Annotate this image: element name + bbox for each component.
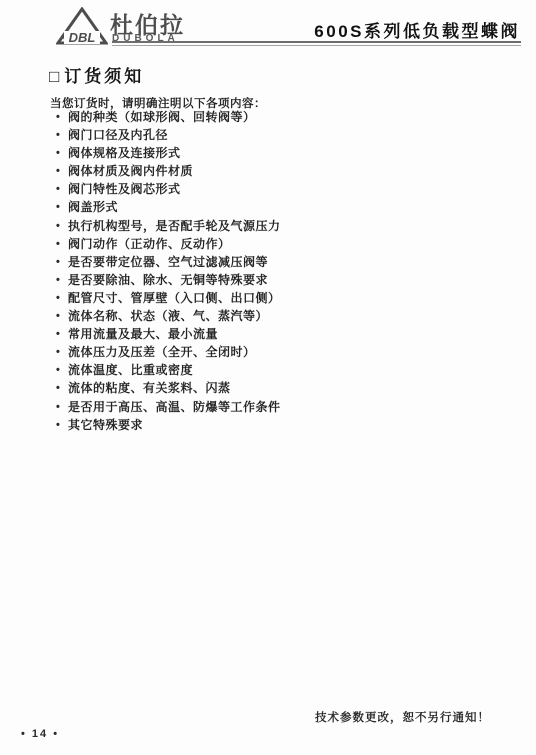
list-item: •阀盖形式 [56,198,281,216]
bullet-icon: • [56,217,68,235]
list-item-text: 是否用于高压、高温、防爆等工作条件 [68,400,281,414]
bullet-icon: • [56,126,68,144]
section-heading: □订货须知 [49,62,144,87]
bullet-icon: • [56,108,68,126]
order-notes-list: •阀的种类（如球形阀、回转阀等） •阀门口径及内孔径 •阀体规格及连接形式 •阀… [56,108,281,434]
page-number: • 14 • [21,728,59,740]
list-item: •阀的种类（如球形阀、回转阀等） [56,108,281,126]
list-item-text: 阀盖形式 [68,200,118,214]
list-item: •执行机构型号，是否配手轮及气源压力 [56,217,281,235]
list-item-text: 执行机构型号，是否配手轮及气源压力 [68,219,281,233]
list-item-text: 常用流量及最大、最小流量 [68,327,218,341]
bullet-icon: • [56,325,68,343]
list-item: •阀门口径及内孔径 [56,126,281,144]
list-item: •配管尺寸、管厚壁（入口侧、出口侧） [56,289,281,307]
list-item-text: 配管尺寸、管厚壁（入口侧、出口侧） [68,291,281,305]
bullet-icon: • [56,307,68,325]
list-item-text: 其它特殊要求 [68,418,143,432]
list-item-text: 是否要带定位器、空气过滤减压阀等 [68,255,268,269]
list-item: •是否要带定位器、空气过滤减压阀等 [56,253,281,271]
list-item: •阀体材质及阀内件材质 [56,162,281,180]
bullet-icon: • [56,235,68,253]
logo-monogram-text: DBL [69,30,96,45]
bullet-icon: • [56,416,68,434]
section-heading-text: 订货须知 [64,67,144,86]
list-item-text: 阀门口径及内孔径 [68,128,168,142]
list-item-text: 流体名称、状态（液、气、蒸汽等） [68,309,268,323]
list-item-text: 流体的粘度、有关浆料、闪蒸 [68,381,231,395]
bullet-icon: • [56,144,68,162]
list-item: •阀门特性及阀芯形式 [56,180,281,198]
bullet-icon: • [56,162,68,180]
list-item: •阀体规格及连接形式 [56,144,281,162]
list-item-text: 阀的种类（如球形阀、回转阀等） [68,110,256,124]
list-item-text: 是否要除油、除水、无铜等特殊要求 [68,273,268,287]
list-item: •常用流量及最大、最小流量 [56,325,281,343]
dubola-logo-triangle-icon: DBL [56,7,108,45]
list-item: •其它特殊要求 [56,416,281,434]
list-item: •流体的粘度、有关浆料、闪蒸 [56,379,281,397]
list-item: •是否要除油、除水、无铜等特殊要求 [56,271,281,289]
bullet-icon: • [56,379,68,397]
bullet-icon: • [56,180,68,198]
list-item-text: 阀门动作（正动作、反动作） [68,237,231,251]
list-item-text: 阀体规格及连接形式 [68,146,181,160]
bullet-icon: • [56,343,68,361]
list-item: •阀门动作（正动作、反动作） [56,235,281,253]
list-item: •流体温度、比重或密度 [56,361,281,379]
list-item-text: 阀体材质及阀内件材质 [68,164,193,178]
list-item-text: 流体压力及压差（全开、全闭时） [68,345,256,359]
list-item: •是否用于高压、高温、防爆等工作条件 [56,398,281,416]
header-divider-rule [112,41,521,46]
bullet-icon: • [56,271,68,289]
bullet-icon: • [56,253,68,271]
page-header: DBL 杜伯拉 DUBOLA 600S系列低负载型蝶阀 [0,0,536,52]
document-title: 600S系列低负载型蝶阀 [314,17,520,42]
catalog-page: DBL 杜伯拉 DUBOLA 600S系列低负载型蝶阀 □订货须知 当您订货时，… [0,0,536,755]
footer-disclaimer: 技术参数更改，恕不另行通知！ [315,709,490,725]
bullet-icon: • [56,289,68,307]
list-item-text: 阀门特性及阀芯形式 [68,182,181,196]
bullet-icon: • [56,398,68,416]
list-item: •流体压力及压差（全开、全闭时） [56,343,281,361]
bullet-icon: • [56,361,68,379]
list-item: •流体名称、状态（液、气、蒸汽等） [56,307,281,325]
bullet-icon: • [56,198,68,216]
list-item-text: 流体温度、比重或密度 [68,363,193,377]
square-marker-icon: □ [49,67,62,86]
